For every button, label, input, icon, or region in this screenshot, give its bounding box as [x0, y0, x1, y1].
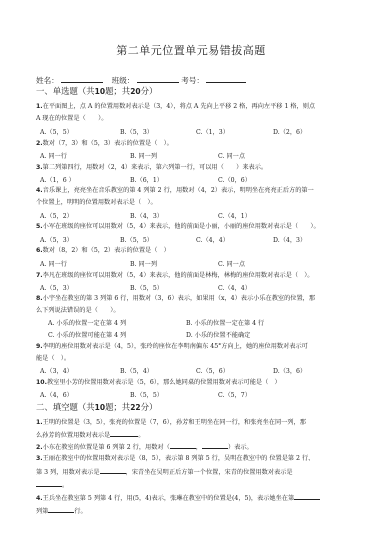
section-count: 10	[95, 87, 105, 96]
class-blank[interactable]	[137, 74, 179, 83]
option-b[interactable]: B.（5，5）	[130, 283, 163, 292]
option-b[interactable]: B.（5，3）	[120, 127, 153, 136]
question-number: 1.	[36, 419, 43, 426]
option-b[interactable]: B.（4，3）	[130, 211, 163, 220]
option-c[interactable]: C.（4，4）	[218, 283, 251, 292]
question-number: 4.	[36, 495, 43, 502]
question-3: 3.第二列第四行，用数对（2，4）来表示，第六列第一行，可以用（ ）来表示。	[36, 163, 267, 172]
exam-label: 考号：	[181, 76, 204, 85]
question-text: 行。	[74, 508, 86, 515]
option-c[interactable]: C. 同一点	[218, 151, 245, 160]
fill-question-1: 1.王明的位置是（3，5），张亮的位置是（7，6），孙芳和王明坐在同一行，和张亮…	[36, 418, 306, 427]
option-b[interactable]: B. 同一列	[130, 259, 157, 268]
option-b[interactable]: B. 同一列	[130, 151, 157, 160]
question-9-cont: 能是（ ）。	[36, 354, 70, 363]
question-text: 王兵坐在教室第 5 列第 4 行，用(5，4)表示，张琳在教室中的位置是(4，5…	[43, 495, 295, 502]
fill-question-1-cont: 么孙芳的位置用数对表示是。	[36, 430, 144, 440]
question-text: 第二列第四行，用数对（2，4）来表示，第六列第一行，可以用（ ）来表示。	[43, 164, 267, 171]
question-4: 4.音乐课上，亮亮坐在音乐教室的第 4 列第 2 行，用数对（4，2）表示，明明…	[36, 186, 314, 195]
option-c[interactable]: C.（4，1）	[218, 211, 251, 220]
section-score: 22	[130, 403, 140, 412]
fill-question-3: 3.王丽在教室中的位置用数对表示是（8，5），表示第 8 列第 5 行，吴明在教…	[36, 454, 314, 463]
fill-question-3-cont2: 。	[36, 480, 68, 490]
question-text: 音乐课上，亮亮坐在音乐教室的第 4 列第 2 行，用数对（4，2）表示，明明坐在…	[43, 187, 314, 194]
fill-question-4: 4.王兵坐在教室第 5 列第 4 行，用(5，4)表示，张琳在教室中的位置是(4…	[36, 493, 320, 503]
question-text: 列第	[36, 508, 48, 515]
question-8: 8.小宇坐在教室的第 3 列第 6 行，用数对（3，6）表示，如果用（x，4）表…	[36, 294, 315, 303]
question-9: 9.李明的座位用数对表示是（4，5），张玲的座位在李明南偏东 45°方向上，她的…	[36, 342, 308, 351]
option-a[interactable]: A.（5，2）	[40, 211, 73, 220]
option-c[interactable]: C.（5，6）	[196, 366, 229, 375]
answer-blank[interactable]	[100, 467, 126, 474]
question-number: 2.	[36, 444, 43, 451]
option-c[interactable]: C.（1，3）	[196, 127, 229, 136]
option-a[interactable]: A. 同一行	[40, 151, 67, 160]
section-suffix: 分）	[141, 86, 158, 96]
section-mid: 题；共	[105, 86, 130, 96]
option-b[interactable]: B.（5，5）	[120, 235, 153, 244]
option-c[interactable]: C.（0，6）	[218, 175, 251, 184]
question-text: 。	[138, 432, 144, 439]
option-a[interactable]: A.（3，4）	[40, 366, 73, 375]
question-7: 7.李凡在班级的座位可以用数对（5，4）来表示，他的前面是林梅，林梅的座位用数对…	[36, 271, 314, 280]
question-number: 3.	[36, 455, 43, 462]
question-text: ）表示。	[228, 444, 253, 451]
section-heading-single-choice: 一、单选题（共10题；共20分）	[36, 85, 157, 97]
name-label: 姓名：	[36, 76, 59, 85]
option-a[interactable]: A.（5，5）	[40, 127, 73, 136]
question-text: 李明的座位用数对表示是（4，5），张玲的座位在李明南偏东 45°方向上，她的座位…	[43, 343, 308, 350]
option-a[interactable]: A.（1，6 ）	[40, 175, 75, 184]
question-text: 小军在班级的座位可以用数对（5，4）来表示，他的前面是小丽，小丽的座位用数对表示…	[43, 223, 320, 230]
question-text: 数对（8，2）和（5，2）表示的位置是（ ）	[43, 247, 170, 254]
fill-question-4-cont: 列第行。	[36, 506, 87, 516]
answer-blank[interactable]	[110, 430, 138, 437]
question-1: 1.在平面图上，点 A 的位置用数对表示是（3，4），将点 A 先向上平移 2 …	[36, 102, 315, 111]
answer-blank[interactable]	[48, 506, 74, 513]
question-number: 7.	[36, 272, 43, 279]
option-d[interactable]: D. 小乐的位置不能确定	[186, 330, 250, 339]
question-number: 6.	[36, 247, 43, 254]
question-2: 2.数对（7，3）和（5，3）表示的位置是（ ）。	[36, 139, 173, 148]
document-title: 第二单元位置单元易错拔高题	[0, 42, 382, 58]
question-5: 5.小军在班级的座位可以用数对（5，4）来表示，他的前面是小丽，小丽的座位用数对…	[36, 222, 320, 231]
question-text: 小宇坐在教室的第 3 列第 6 行，用数对（3，6）表示，如果用（x，4）表示小…	[43, 295, 315, 302]
option-d[interactable]: D.（3，6）	[273, 366, 306, 375]
question-text: 王明的位置是（3，5），张亮的位置是（7，6），孙芳和王明坐在同一行，和张亮坐在…	[43, 419, 306, 426]
option-d[interactable]: D.（4，3）	[273, 235, 306, 244]
question-6: 6.数对（8，2）和（5，2）表示的位置是（ ）	[36, 246, 170, 255]
section-prefix: 二、填空题（共	[36, 402, 95, 412]
exam-blank[interactable]	[206, 74, 246, 83]
section-heading-fill-blank: 二、填空题（共10题；共22分）	[36, 401, 157, 413]
option-a[interactable]: A.（5，3）	[40, 235, 73, 244]
question-8-cont: 么下列说法错误的是（ ）。	[36, 306, 120, 315]
question-text: 在平面图上，点 A 的位置用数对表示是（3，4），将点 A 先向上平移 2 格，…	[43, 103, 315, 110]
question-number: 10.	[36, 379, 47, 386]
question-number: 2.	[36, 140, 43, 147]
section-suffix: 分）	[141, 402, 158, 412]
option-c[interactable]: C. 小乐的位置可能在第 4 列	[48, 330, 126, 339]
option-c[interactable]: C.（5，7）	[218, 390, 251, 399]
class-label: 班级：	[112, 76, 135, 85]
answer-blank[interactable]	[36, 480, 62, 487]
question-number: 8.	[36, 295, 43, 302]
question-text: 。	[62, 482, 68, 489]
option-b[interactable]: B.（5，5）	[130, 390, 163, 399]
question-text: 小东在教室的位置是第 6 列第 2 行，用数对（	[43, 444, 170, 451]
option-a[interactable]: A.（5，3）	[40, 283, 73, 292]
question-text: 李凡在班级的座位可以用数对（5，4）来表示，他的前面是林梅，林梅的座位用数对表示…	[43, 272, 314, 279]
question-4-cont: 个位置上，明明的位置用数对表示是（ ）。	[36, 198, 157, 207]
option-b[interactable]: B.（6，1）	[130, 175, 163, 184]
question-text: ，宋青坐在吴明正后方第一个位置，宋青的位置用数对表示是	[126, 469, 293, 476]
answer-blank[interactable]	[294, 493, 320, 500]
section-mid: 题；共	[105, 402, 130, 412]
option-a[interactable]: A. 小乐的位置一定在第 4 列	[48, 318, 126, 327]
question-10: 10.教室里小芳的位置用数对表示是（5，6），那么她同桌的位置用数对表示可能是（…	[36, 378, 281, 387]
option-b[interactable]: B. 小乐的位置一定在第 4 行	[186, 318, 264, 327]
question-text: 么孙芳的位置用数对表示是	[36, 432, 110, 439]
document-page: 第二单元位置单元易错拔高题 姓名： 班级： 考号： 一、单选题（共10题；共20…	[0, 0, 382, 540]
question-1-cont: A 现在的位置是（ ）。	[36, 114, 107, 123]
question-number: 3.	[36, 164, 43, 171]
section-prefix: 一、单选题（共	[36, 86, 95, 96]
answer-blank[interactable]	[202, 442, 228, 449]
option-a[interactable]: A. 同一行	[40, 259, 67, 268]
option-d[interactable]: D.（2，6）	[273, 127, 306, 136]
question-number: 9.	[36, 343, 43, 350]
question-number: 4.	[36, 187, 43, 194]
fill-question-3-cont: 第 3 列，用数对表示是，宋青坐在吴明正后方第一个位置，宋青的位置用数对表示是	[36, 467, 293, 477]
question-text: 数对（7，3）和（5，3）表示的位置是（ ）。	[43, 140, 173, 147]
option-c[interactable]: C.（4，4）	[196, 235, 229, 244]
option-c[interactable]: C. 同一点	[218, 259, 245, 268]
answer-blank[interactable]	[170, 442, 196, 449]
question-text: 第 3 列，用数对表示是	[36, 469, 100, 476]
option-a[interactable]: A.（4，6）	[40, 390, 73, 399]
question-text: 王丽在教室中的位置用数对表示是（8，5），表示第 8 列第 5 行，吴明在教室中…	[43, 455, 315, 462]
option-b[interactable]: B.（5，4）	[120, 366, 153, 375]
name-blank[interactable]	[61, 74, 103, 83]
question-text: 教室里小芳的位置用数对表示是（5，6），那么她同桌的位置用数对表示可能是（ ）	[47, 379, 281, 386]
section-count: 10	[95, 403, 105, 412]
fill-question-2: 2.小东在教室的位置是第 6 列第 2 行，用数对（，）表示。	[36, 442, 253, 452]
question-number: 1.	[36, 103, 43, 110]
question-number: 5.	[36, 223, 43, 230]
section-score: 20	[130, 87, 140, 96]
